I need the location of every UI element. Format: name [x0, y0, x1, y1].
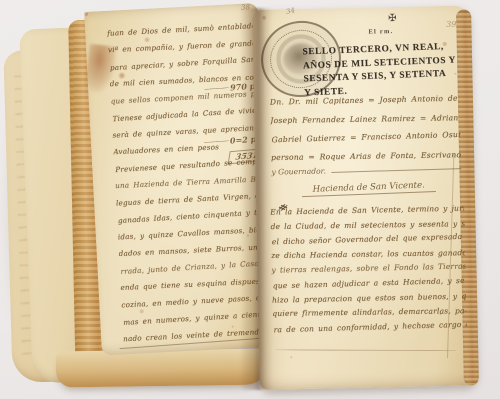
printed-small-heading: El rm. — [368, 28, 393, 36]
page-number: 39 — [446, 20, 456, 29]
body-handwriting: En la Hacienda de San Vicente, termino y… — [270, 202, 467, 340]
left-page: 38 fuan de Dios de mil, sumò entablado e… — [84, 3, 276, 356]
closing-words: y Gouernador. — [271, 166, 326, 176]
section-heading: Hacienda de San Vicente. — [302, 180, 436, 197]
foxing-speckles — [262, 16, 266, 20]
right-page-bottom-rule — [275, 349, 457, 351]
manuscript-photo: 38 fuan de Dios de mil, sumò entablado e… — [0, 0, 500, 399]
ledger-dash: ———— — [204, 137, 228, 147]
ledger-dash: ———— — [204, 84, 228, 94]
pencil-folio-mark: 34 — [285, 6, 296, 16]
cross-icon: ✠ — [388, 13, 397, 24]
left-page-corner-mark: 38 — [241, 3, 250, 11]
left-page-handwriting: fuan de Dios de mil, sumò entablado esta… — [107, 17, 272, 350]
names-handwriting: Dn. Dr. mil Capitanes = Joseph Antonio d… — [270, 90, 462, 170]
bottom-leaf-curl — [56, 349, 270, 388]
closing-rule — [332, 168, 462, 173]
right-page: ✠ El rm. SELLO TERCERO, VN REAL,AÑOS DE … — [252, 5, 476, 389]
foxing-speckles — [84, 12, 88, 16]
